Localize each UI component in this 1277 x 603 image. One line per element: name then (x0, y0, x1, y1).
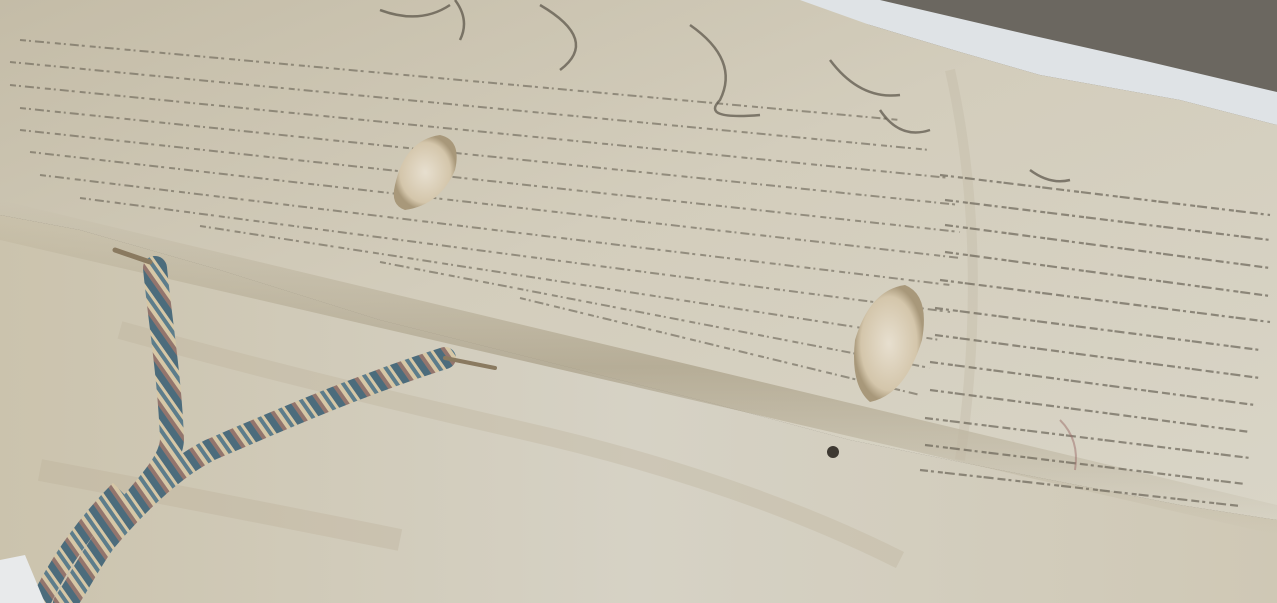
ink-blot (827, 446, 839, 458)
parchment-illustration (0, 0, 1277, 603)
photo-parchment-charter (0, 0, 1277, 603)
